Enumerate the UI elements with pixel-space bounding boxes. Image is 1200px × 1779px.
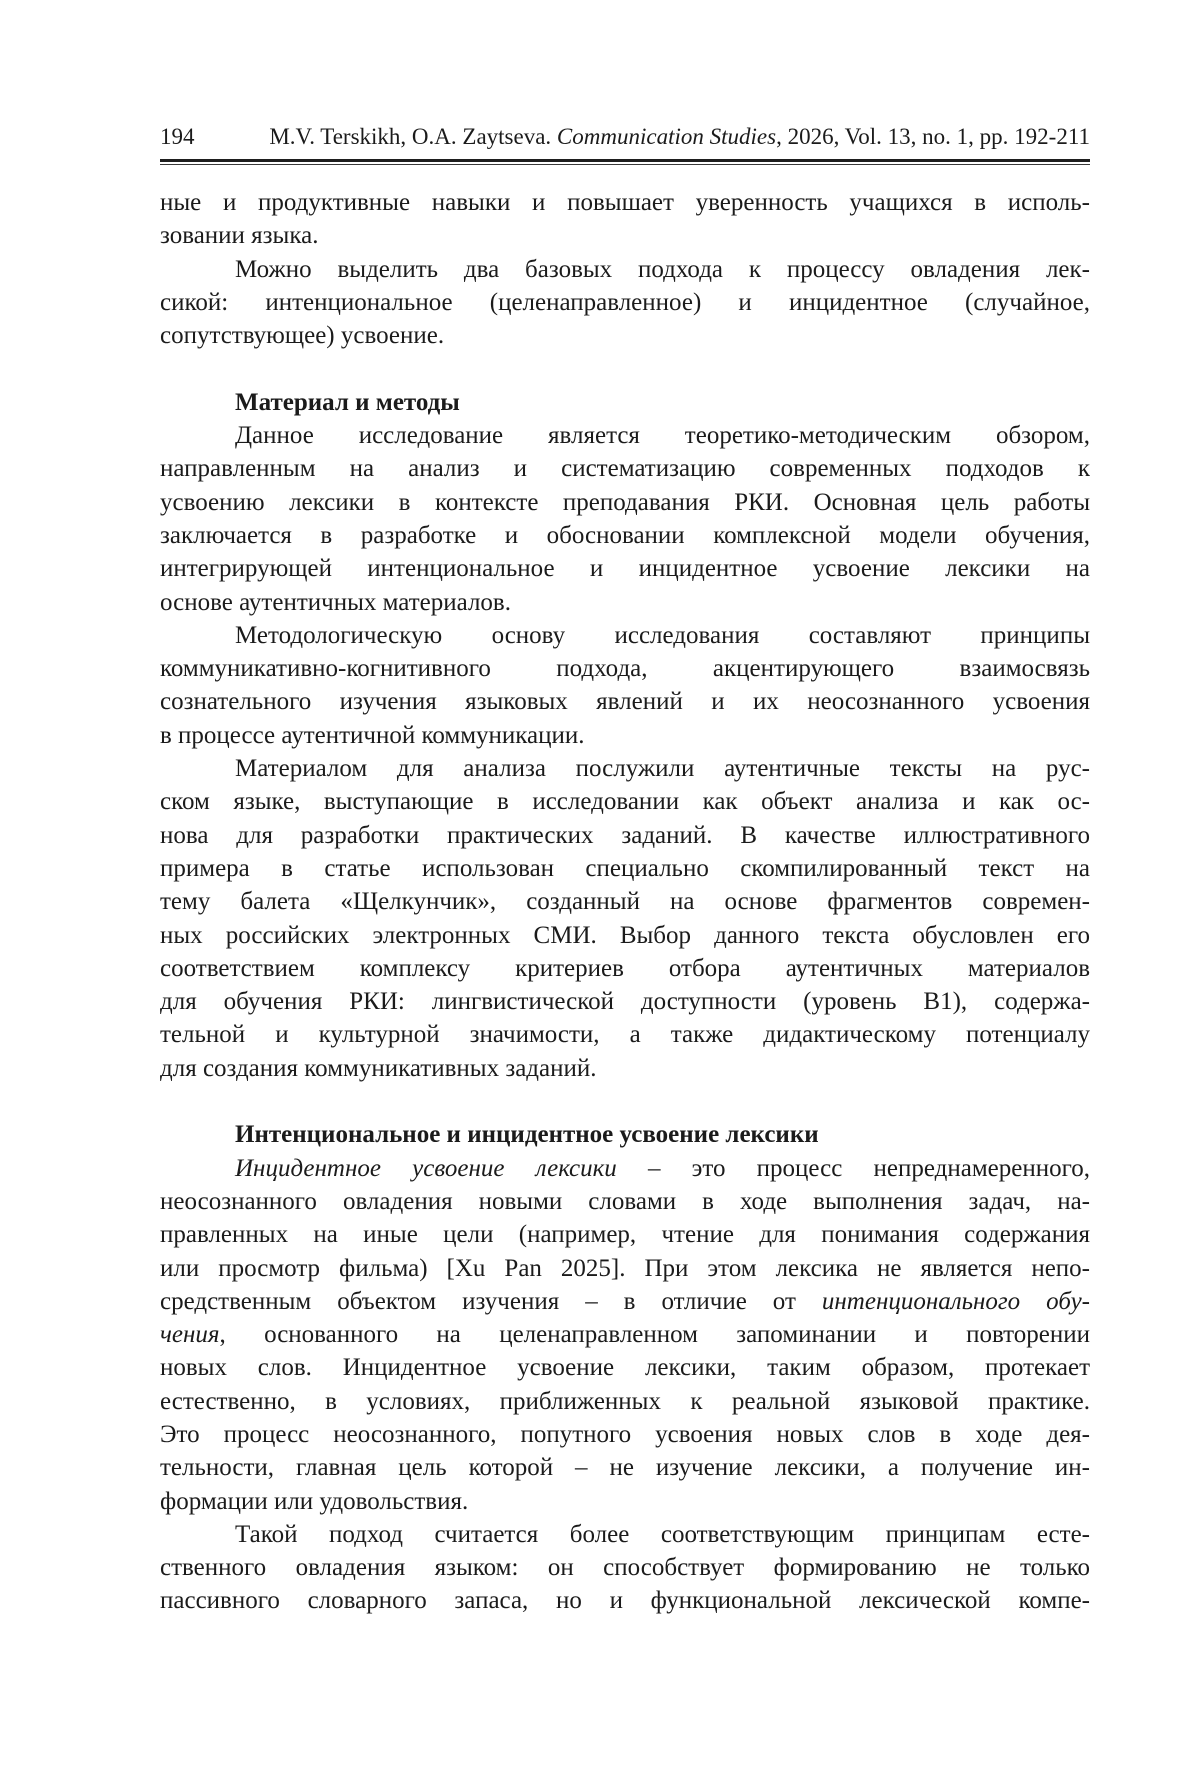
text-line: направленным на анализ и систематизацию … — [160, 452, 1090, 485]
text-line: ском языке, выступающие в исследовании к… — [160, 785, 1090, 818]
italic-text-run: Инцидентное усвоение лексики — [235, 1155, 617, 1182]
text-run: тему балета «Щелкунчик», созданный на ос… — [160, 888, 1090, 915]
text-line: сознательного изучения языковых явлений … — [160, 685, 1090, 718]
text-line: основе аутентичных материалов. — [160, 586, 1090, 619]
text-line: тему балета «Щелкунчик», созданный на ос… — [160, 885, 1090, 918]
text-run: основе аутентичных материалов. — [160, 589, 511, 616]
page-number: 194 — [160, 124, 195, 150]
paragraph: Методологическую основу исследования сос… — [160, 619, 1090, 752]
text-run: естественно, в условиях, приближенных к … — [160, 1388, 1090, 1415]
text-line: в процессе аутентичной коммуникации. — [160, 719, 1090, 752]
text-run: Материалом для анализа послужили аутенти… — [235, 755, 1090, 782]
text-run: новых слов. Инцидентное усвоение лексики… — [160, 1354, 1090, 1381]
text-run: , 2026, Vol. 13, no. 1, pp. 192-211 — [776, 124, 1090, 149]
text-line: сопутствующее) усвоение. — [160, 319, 1090, 352]
text-line: тельности, главная цель которой – не изу… — [160, 1451, 1090, 1484]
text-line: формации или удовольствия. — [160, 1485, 1090, 1518]
text-line: Можно выделить два базовых подхода к про… — [160, 253, 1090, 286]
paragraph: Можно выделить два базовых подхода к про… — [160, 253, 1090, 353]
text-run: тельности, главная цель которой – не изу… — [160, 1454, 1090, 1481]
paragraph: Материалом для анализа послужили аутенти… — [160, 752, 1090, 1085]
text-line: правленных на иные цели (например, чтени… — [160, 1218, 1090, 1251]
text-line: сикой: интенциональное (целенаправленное… — [160, 286, 1090, 319]
text-line: ные и продуктивные навыки и повышает уве… — [160, 186, 1090, 219]
text-run: средственным объектом изучения – в отлич… — [160, 1288, 822, 1315]
text-line: Такой подход считается более соответству… — [160, 1518, 1090, 1551]
text-run: Такой подход считается более соответству… — [235, 1521, 1090, 1548]
paragraph: Данное исследование является теоретико-м… — [160, 419, 1090, 619]
text-line: заключается в разработке и обосновании к… — [160, 519, 1090, 552]
text-line: новых слов. Инцидентное усвоение лексики… — [160, 1351, 1090, 1384]
text-line: Это процесс неосознанного, попутного усв… — [160, 1418, 1090, 1451]
text-run: – это процесс непреднамеренного, — [617, 1155, 1090, 1182]
text-line: интегрирующей интенциональное и инцидент… — [160, 552, 1090, 585]
text-line: усвоению лексики в контексте преподавани… — [160, 486, 1090, 519]
text-run: тельной и культурной значимости, а также… — [160, 1021, 1090, 1048]
text-run: зовании языка. — [160, 222, 318, 249]
text-run: соответствием комплексу критериев отбора… — [160, 955, 1090, 982]
text-line: нова для разработки практических заданий… — [160, 819, 1090, 852]
text-run: пассивного словарного запаса, но и функц… — [160, 1587, 1090, 1614]
page-header: 194 M.V. Terskikh, O.A. Zaytseva. Commun… — [160, 124, 1090, 150]
text-line: примера в статье использован специально … — [160, 852, 1090, 885]
text-run: M.V. Terskikh, O.A. Zaytseva. — [269, 124, 557, 149]
text-run: в процессе аутентичной коммуникации. — [160, 722, 585, 749]
text-run: Это процесс неосознанного, попутного усв… — [160, 1421, 1090, 1448]
text-line: для создания коммуникативных заданий. — [160, 1052, 1090, 1085]
text-run: Данное исследование является теоретико-м… — [235, 422, 1090, 449]
section-heading: Материал и методы — [160, 386, 1090, 419]
text-line: соответствием комплексу критериев отбора… — [160, 952, 1090, 985]
text-line: зовании языка. — [160, 219, 1090, 252]
text-line: тельной и культурной значимости, а также… — [160, 1018, 1090, 1051]
text-run: ском языке, выступающие в исследовании к… — [160, 788, 1090, 815]
text-run: для обучения РКИ: лингвистической доступ… — [160, 988, 1090, 1015]
text-line: неосознанного овладения новыми словами в… — [160, 1185, 1090, 1218]
text-run: неосознанного овладения новыми словами в… — [160, 1188, 1090, 1215]
section-heading: Интенциональное и инцидентное усвоение л… — [160, 1118, 1090, 1151]
paragraph: ные и продуктивные навыки и повышает уве… — [160, 186, 1090, 253]
text-line: Данное исследование является теоретико-м… — [160, 419, 1090, 452]
text-run: нова для разработки практических заданий… — [160, 822, 1090, 849]
paragraph: Инцидентное усвоение лексики – это проце… — [160, 1152, 1090, 1518]
italic-text-run: Communication Studies — [557, 124, 776, 149]
text-line: чения, основанного на целенаправленном з… — [160, 1318, 1090, 1351]
text-run: примера в статье использован специально … — [160, 855, 1090, 882]
text-line: ных российских электронных СМИ. Выбор да… — [160, 919, 1090, 952]
text-run: усвоению лексики в контексте преподавани… — [160, 489, 1090, 516]
text-line: Инцидентное усвоение лексики – это проце… — [160, 1152, 1090, 1185]
text-line: Методологическую основу исследования сос… — [160, 619, 1090, 652]
text-run: сознательного изучения языковых явлений … — [160, 688, 1090, 715]
text-run: Методологическую основу исследования сос… — [235, 622, 1090, 649]
text-line: или просмотр фильма) [Xu Pan 2025]. При … — [160, 1252, 1090, 1285]
text-run: для создания коммуникативных заданий. — [160, 1055, 597, 1082]
article-page: 194 M.V. Terskikh, O.A. Zaytseva. Commun… — [0, 0, 1200, 1779]
text-run: ные и продуктивные навыки и повышает уве… — [160, 189, 1090, 216]
header-rule — [160, 159, 1090, 165]
text-run: интегрирующей интенциональное и инцидент… — [160, 555, 1090, 582]
text-run: направленным на анализ и систематизацию … — [160, 455, 1090, 482]
text-run: сопутствующее) усвоение. — [160, 322, 444, 349]
paragraph-gap — [160, 1085, 1090, 1118]
text-line: естественно, в условиях, приближенных к … — [160, 1385, 1090, 1418]
paragraph: Такой подход считается более соответству… — [160, 1518, 1090, 1618]
text-line: средственным объектом изучения – в отлич… — [160, 1285, 1090, 1318]
text-run: заключается в разработке и обосновании к… — [160, 522, 1090, 549]
text-line: коммуникативно-когнитивного подхода, акц… — [160, 652, 1090, 685]
text-run: ственного овладения языком: он способств… — [160, 1554, 1090, 1581]
text-run: Можно выделить два базовых подхода к про… — [235, 256, 1090, 283]
text-run: правленных на иные цели (например, чтени… — [160, 1221, 1090, 1248]
text-line: Материалом для анализа послужили аутенти… — [160, 752, 1090, 785]
italic-text-run: интенционального обу- — [822, 1288, 1090, 1315]
article-citation: M.V. Terskikh, O.A. Zaytseva. Communicat… — [269, 124, 1090, 150]
text-line: для обучения РКИ: лингвистической доступ… — [160, 985, 1090, 1018]
text-line: ственного овладения языком: он способств… — [160, 1551, 1090, 1584]
text-run: ных российских электронных СМИ. Выбор да… — [160, 922, 1090, 949]
text-line: пассивного словарного запаса, но и функц… — [160, 1584, 1090, 1617]
page-body: ные и продуктивные навыки и повышает уве… — [160, 186, 1090, 1618]
text-run: , основанного на целенаправленном запоми… — [220, 1321, 1090, 1348]
text-run: коммуникативно-когнитивного подхода, акц… — [160, 655, 1090, 682]
italic-text-run: чения — [160, 1321, 220, 1348]
text-run: сикой: интенциональное (целенаправленное… — [160, 289, 1090, 316]
text-run: или просмотр фильма) [Xu Pan 2025]. При … — [160, 1255, 1090, 1282]
paragraph-gap — [160, 352, 1090, 385]
text-run: формации или удовольствия. — [160, 1488, 468, 1515]
